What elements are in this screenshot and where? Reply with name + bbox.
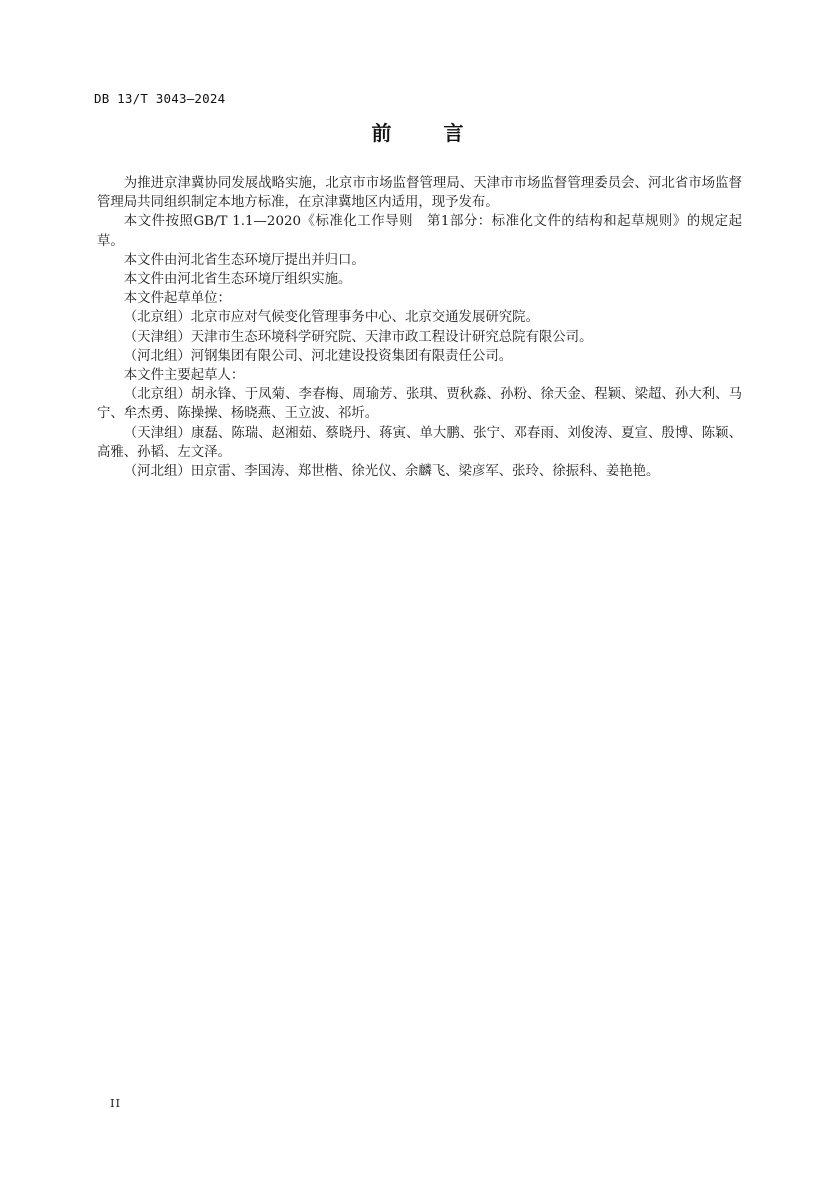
paragraph-drafting-units-heading: 本文件起草单位： bbox=[97, 289, 742, 308]
title-char-1: 前 bbox=[372, 117, 392, 146]
paragraph-implementer: 本文件由河北省生态环境厅组织实施。 bbox=[97, 270, 742, 289]
paragraph-drafters-beijing: （北京组）胡永锋、于凤菊、李春梅、周瑜芳、张琪、贾秋淼、孙粉、徐天金、程颖、梁超… bbox=[97, 385, 742, 423]
paragraph-drafters-tianjin: （天津组）康磊、陈瑞、赵湘茹、蔡晓丹、蒋寅、单大鹏、张宁、邓春雨、刘俊涛、夏宣、… bbox=[97, 424, 742, 462]
paragraph-proposer: 本文件由河北省生态环境厅提出并归口。 bbox=[97, 251, 742, 270]
paragraph-units-tianjin: （天津组）天津市生态环境科学研究院、天津市政工程设计研究总院有限公司。 bbox=[97, 328, 742, 347]
paragraph-purpose: 为推进京津冀协同发展战略实施，北京市市场监督管理局、天津市市场监督管理委员会、河… bbox=[97, 174, 742, 212]
foreword-body: 为推进京津冀协同发展战略实施，北京市市场监督管理局、天津市市场监督管理委员会、河… bbox=[97, 174, 742, 481]
document-code-header: DB 13/T 3043—2024 bbox=[94, 91, 225, 106]
paragraph-units-hebei: （河北组）河钢集团有限公司、河北建设投资集团有限责任公司。 bbox=[97, 347, 742, 366]
title-char-2: 言 bbox=[444, 117, 464, 146]
paragraph-drafters-hebei: （河北组）田京雷、李国涛、郑世楷、徐光仪、余麟飞、梁彦军、张玲、徐振科、姜艳艳。 bbox=[97, 462, 742, 481]
paragraph-units-beijing: （北京组）北京市应对气候变化管理事务中心、北京交通发展研究院。 bbox=[97, 308, 742, 327]
page-number: II bbox=[110, 1096, 121, 1110]
document-page: DB 13/T 3043—2024 前言 为推进京津冀协同发展战略实施，北京市市… bbox=[0, 0, 835, 1183]
paragraph-drafters-heading: 本文件主要起草人： bbox=[97, 366, 742, 385]
page-title: 前言 bbox=[0, 117, 835, 146]
paragraph-drafting-rules: 本文件按照GB/T 1.1—2020《标准化工作导则 第1部分：标准化文件的结构… bbox=[97, 212, 742, 250]
